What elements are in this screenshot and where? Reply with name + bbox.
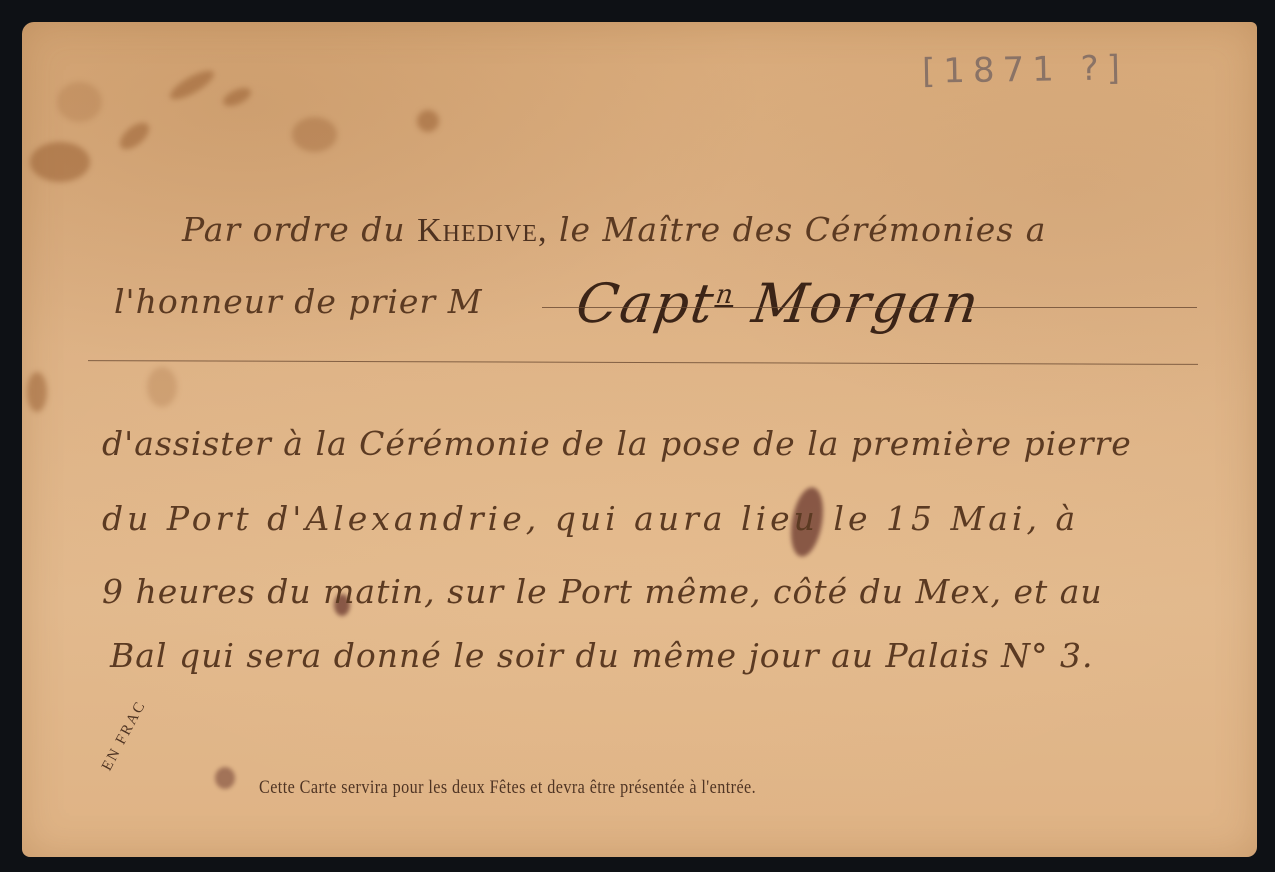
stain (215, 767, 235, 789)
body-line-4: Bal qui sera donné le soir du même jour … (110, 636, 1094, 675)
footer-note: Cette Carte servira pour les deux Fêtes … (259, 777, 756, 799)
recipient-name-handwritten: Captn Morgan (573, 272, 985, 335)
stain (115, 118, 153, 154)
invite-line: l'honneur de prier M (114, 282, 482, 321)
stain (147, 367, 177, 407)
body-line-3: 9 heures du matin, sur le Port même, côt… (102, 572, 1103, 611)
body-line-2: du Port d'Alexandrie, qui aura lieu le 1… (102, 499, 1079, 538)
recipient-title-superscript: n (714, 280, 737, 310)
body-line-1: d'assister à la Cérémonie de la pose de … (102, 424, 1132, 463)
divider-rule (88, 360, 1198, 365)
stain (417, 110, 439, 132)
archive-date-annotation: [1871 ?] (922, 48, 1129, 92)
invite-prefix: l'honneur de prier M (114, 282, 482, 321)
greeting-suffix: le Maître des Cérémonies a (559, 210, 1046, 249)
recipient-title: Capt (573, 272, 720, 335)
dress-code-stamp: EN FRAC (99, 698, 150, 774)
stain (57, 82, 102, 122)
stain (30, 142, 90, 182)
recipient-surname: Morgan (748, 272, 984, 335)
stain (220, 84, 253, 109)
invitation-card: [1871 ?] Par ordre du Khedive, le Maître… (22, 22, 1257, 857)
khedive-title: Khedive, (417, 212, 547, 249)
stain (27, 372, 47, 412)
stain (166, 66, 217, 105)
greeting-line: Par ordre du Khedive, le Maître des Céré… (182, 210, 1046, 250)
greeting-prefix: Par ordre du (182, 210, 406, 249)
recipient-underline (542, 307, 1197, 308)
stain (292, 117, 337, 152)
